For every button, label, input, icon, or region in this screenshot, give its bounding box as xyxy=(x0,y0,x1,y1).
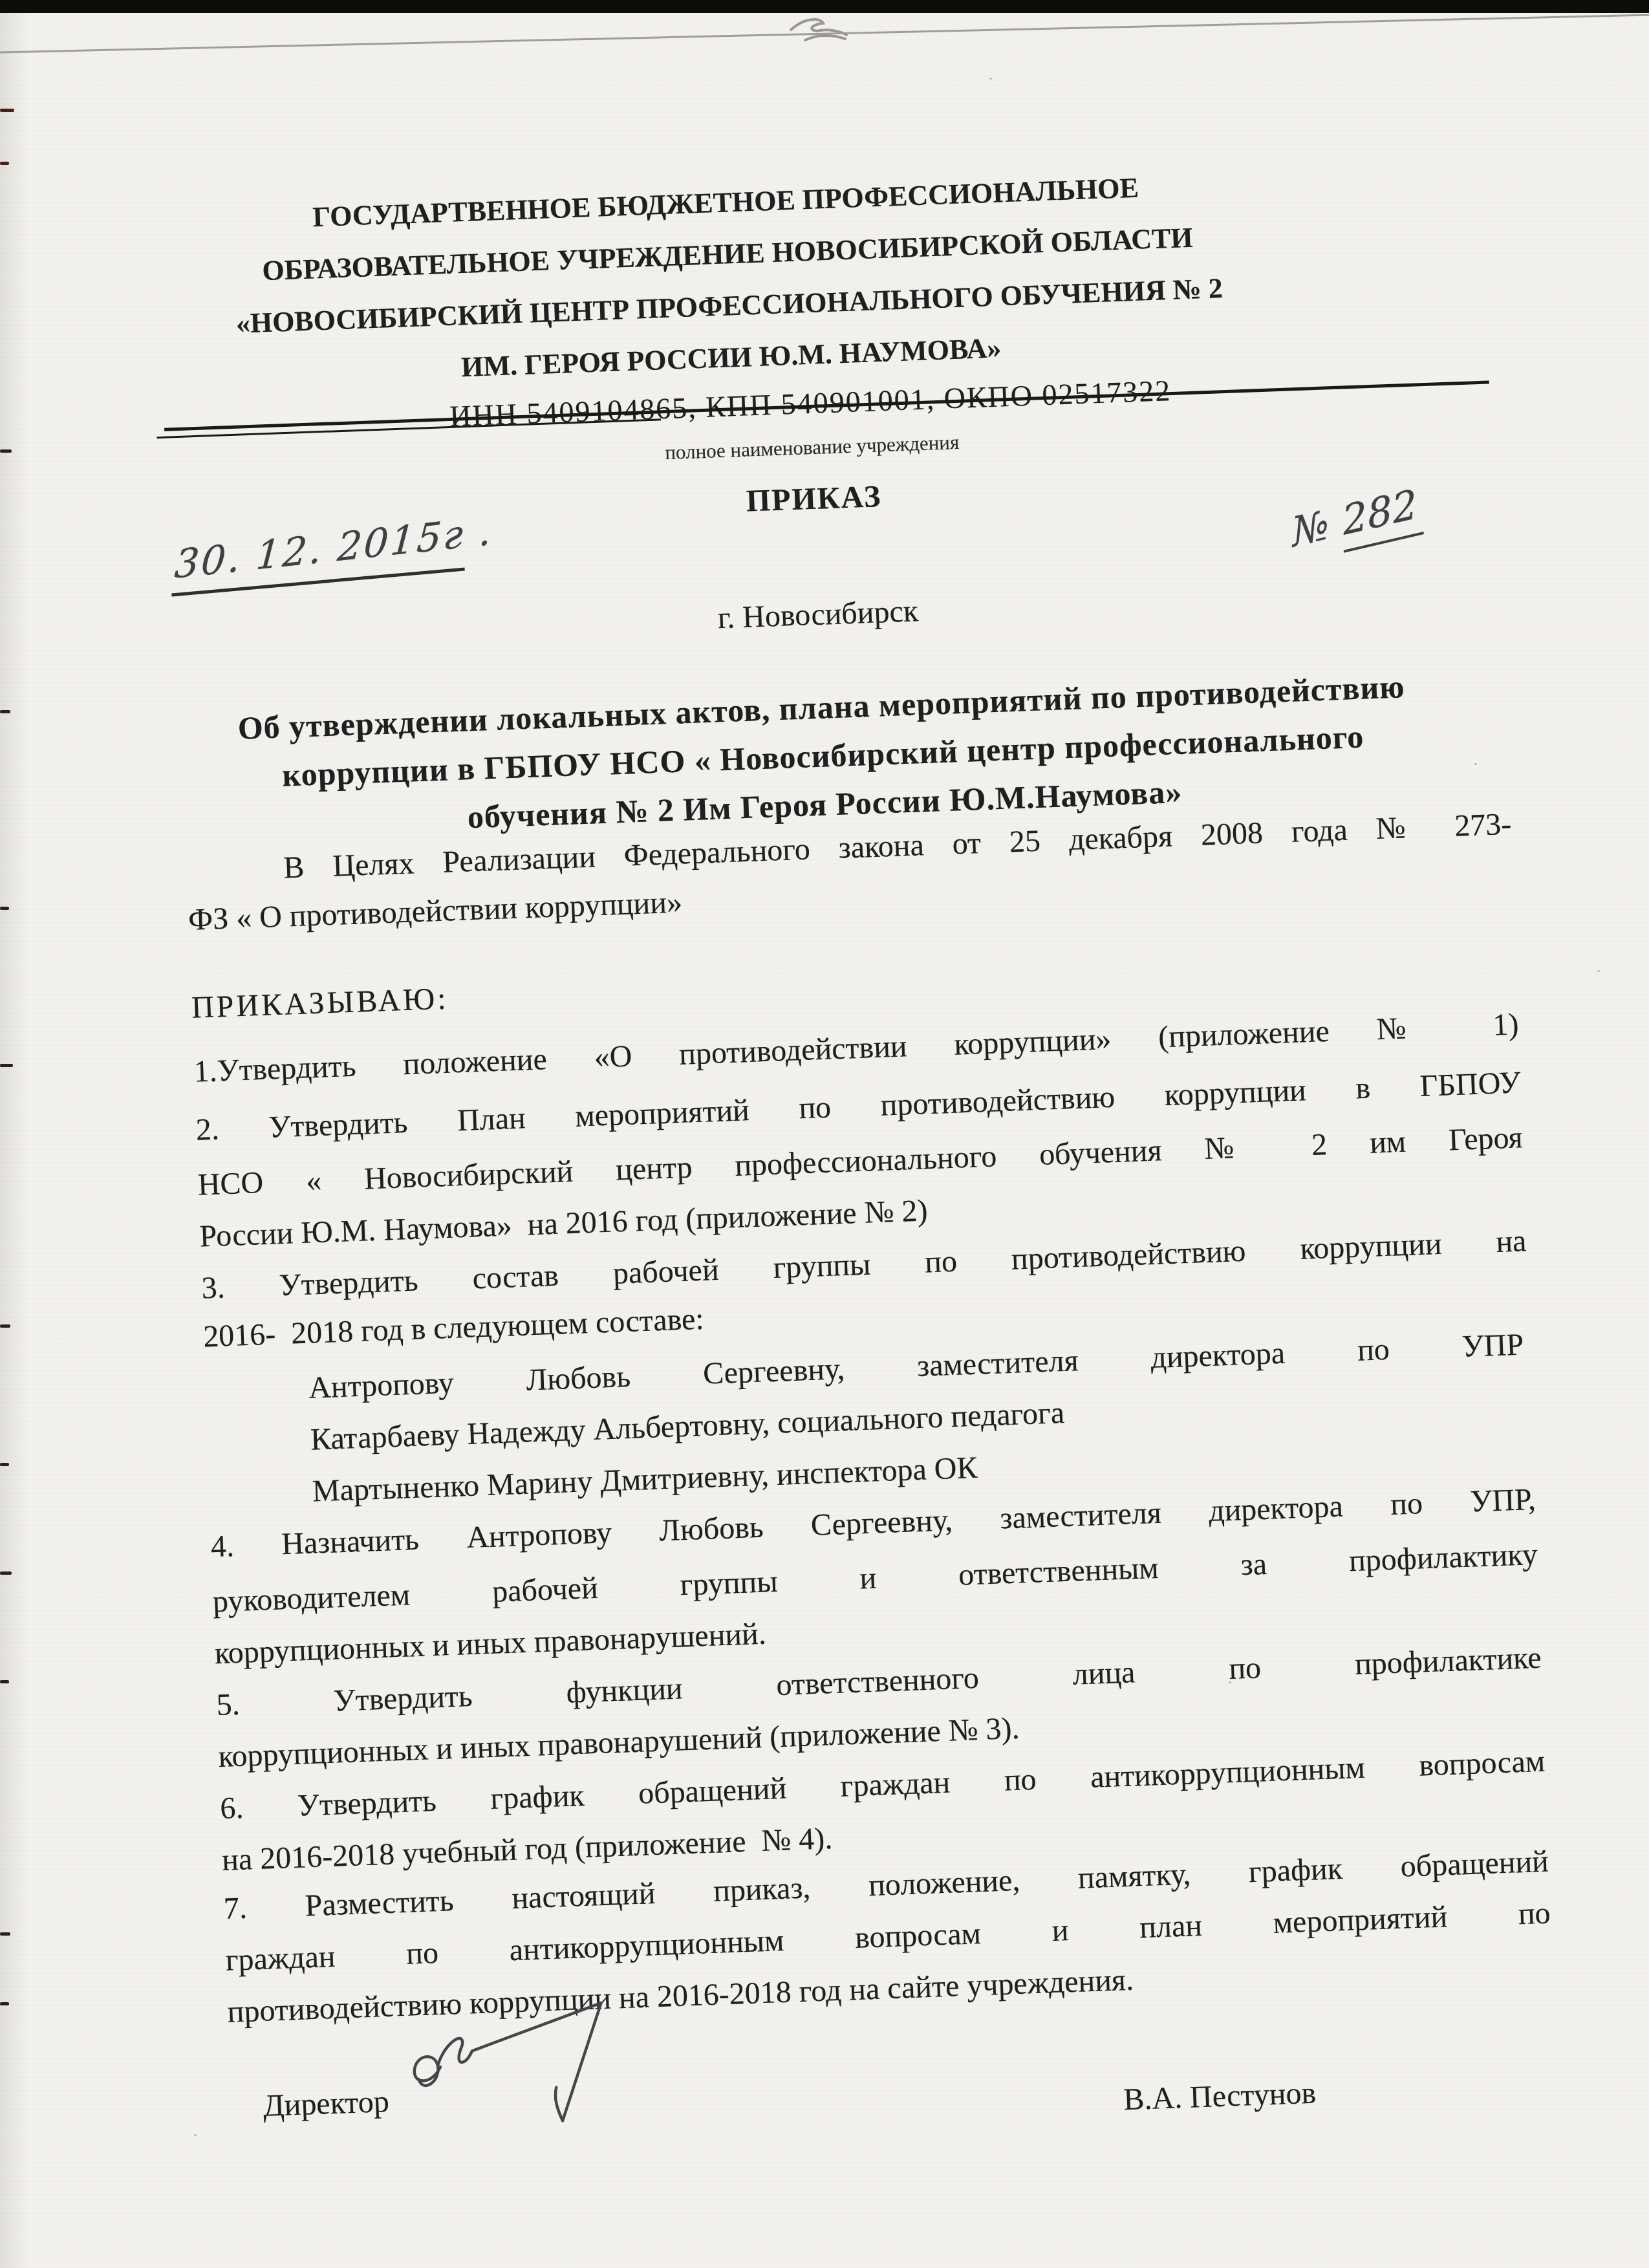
order-item-line: на 2016-2018 учебный год (приложение № 4… xyxy=(221,1821,833,1878)
order-item-line: России Ю.М. Наумова» на 2016 год (прилож… xyxy=(199,1193,928,1254)
scan-edge-mark xyxy=(0,1324,10,1328)
dust-speck xyxy=(989,78,992,80)
signature-role: Директор xyxy=(263,2084,390,2124)
director-signature xyxy=(395,1996,632,2133)
dust-speck xyxy=(194,2134,197,2136)
command-word: ПРИКАЗЫВАЮ: xyxy=(191,981,449,1026)
scan-edge-mark xyxy=(0,1463,9,1466)
document-content: ГОСУДАРТВЕННОЕ БЮДЖЕТНОЕ ПРОФЕССИОНАЛЬНО… xyxy=(155,127,1573,2243)
preamble-line: ФЗ « О противодействии коррупции» xyxy=(188,885,682,938)
scan-edge-mark xyxy=(0,162,9,165)
order-item-line: коррупционных и иных правонарушений (при… xyxy=(218,1711,1020,1775)
pen-squiggle-mark xyxy=(786,10,870,44)
member-line: Катарбаеву Надежду Альбертовну, социальн… xyxy=(310,1396,1065,1458)
city-line: г. Новосибирск xyxy=(171,574,1465,656)
scanned-document: { "colors": { "paper": "#f3f1ed", "print… xyxy=(0,0,1649,2268)
scan-edge-mark xyxy=(0,449,12,453)
order-item-line: коррупционных и иных правонарушений. xyxy=(214,1617,767,1671)
member-line: Мартыненко Марину Дмитриевну, инспектора… xyxy=(312,1451,978,1509)
signature-name: В.А. Пестунов xyxy=(1123,2076,1317,2118)
scan-edge-mark xyxy=(0,2002,9,2005)
dust-speck xyxy=(1597,970,1600,972)
number-sign: № xyxy=(1290,501,1331,557)
scan-edge-mark xyxy=(0,1932,10,1936)
scan-edge-mark xyxy=(0,1680,9,1683)
scan-edge-mark xyxy=(0,109,14,112)
page-left-shadow xyxy=(0,0,28,2268)
order-item-line: 2016- 2018 год в следующем составе: xyxy=(202,1302,704,1355)
scan-edge-mark xyxy=(0,1064,13,1067)
scan-edge-mark xyxy=(0,710,10,713)
scan-edge-mark xyxy=(0,907,9,910)
scan-edge-mark xyxy=(0,1571,12,1575)
